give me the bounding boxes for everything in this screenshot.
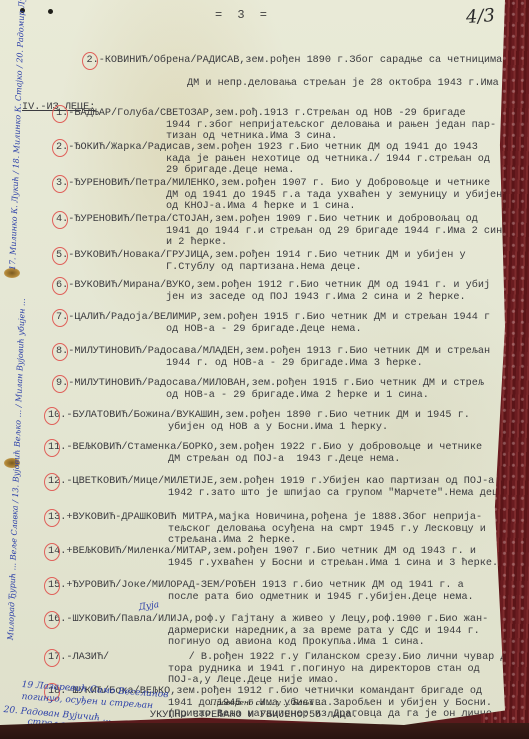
list-item: 11.-ВЕЉКОВИЋ/Стаменка/БОРКО,зем.рођен 19… xyxy=(48,442,482,465)
list-item: 17.-ЛАЗИЋ/ / В.рођен 1922 г.у Гиланском … xyxy=(48,652,529,687)
list-item: 10.-БУЛАТОВИЋ/Божина/ВУКАШИН,зем.рођен 1… xyxy=(48,410,470,433)
entry-line: .-ЂУРЕНОВИЋ/Петра/СТОЈАН,зем.рођен 1909 … xyxy=(62,214,478,225)
entry-line: .+ВУКОВИЋ-ДРАШКОВИЋ МИТРА,мајка Новичина… xyxy=(60,512,482,523)
entry-line: .-КОВИНИЋ/Обрена/РАДИСАВ,зем.рођен 1890 … xyxy=(93,55,503,66)
entry-number: 2 xyxy=(86,55,92,67)
entry-number: 9 xyxy=(56,378,62,390)
list-item: 6.-ВУКОВИЋ/Мирана/ВУКО,зем.рођен 1912 г.… xyxy=(56,280,490,303)
entry-line: .-ЂУРЕНОВИЋ/Петра/МИЛЕНКО,зем.рођен 1907… xyxy=(62,178,490,189)
page-marker: = 3 = xyxy=(215,8,271,22)
entry-line: тељског деловања осуђена на смрт 1945 г.… xyxy=(48,524,486,536)
total-line: УКУПНО СТРЕЉАНО И УБИЈЕНО:55 лица. xyxy=(150,710,358,721)
entry-line: .-БАДЊАР/Голуба/СВЕТОЗАР,зем.рођ.1913 г.… xyxy=(62,108,466,119)
entry-number: 16 xyxy=(48,614,60,626)
entry-line: погинуо од авиона код Прокупља.Има 1 син… xyxy=(48,637,488,649)
entry-number: 2 xyxy=(56,142,62,154)
entry-number: 6 xyxy=(56,280,62,292)
margin-annotation-top: 17. Милинко К. Лукић / 18. Милинко К. Ст… xyxy=(8,0,32,270)
entry-number: 15 xyxy=(48,580,60,592)
entry-line: 1944 г.због непријатељског деловања и ра… xyxy=(56,120,496,132)
entry-line: убијен од НОВ а у Босни.Има 1 ћерку. xyxy=(48,422,470,434)
entry-17-note: Дуја xyxy=(138,600,160,613)
entry-line: 1944 г. од НОВ-а - 29 бригаде.Има 3 ћерк… xyxy=(56,358,490,370)
entry-line: ДМ и непр.деловања стрељан је 28 октобра… xyxy=(62,78,529,90)
entry-line: .-ВУКОВИЋ/Новака/ГРУЈИЦА,зем.рођен 1914 … xyxy=(62,250,466,261)
entry-18-note: Проверено са ... у ... Бањи ... xyxy=(210,698,324,707)
list-item: 1.-БАДЊАР/Голуба/СВЕТОЗАР,зем.рођ.1913 г… xyxy=(56,108,496,143)
entry-line: .-ВУКОВИЋ/Мирана/ВУКО,зем.рођен 1912 г.Б… xyxy=(62,280,490,291)
pre-section-entry: 2.-КОВИНИЋ/Обрена/РАДИСАВ,зем.рођен 1890… xyxy=(62,43,529,113)
entry-line: ДМ од 1941 до 1945 г.а тада ухваћен у зе… xyxy=(56,190,502,202)
list-item: 14.+ВЕЉКОВИЋ/Миленка/МИТАР,зем.рођен 190… xyxy=(48,546,498,569)
entry-number: 7 xyxy=(56,312,62,324)
entry-number: 13 xyxy=(48,512,60,524)
entry-line: од НОВ-а - 29 бригаде.Деце нема. xyxy=(56,324,490,336)
entry-line: 29 бригаде.Деце нема. xyxy=(56,165,490,177)
entry-line: 1941 до 1944 г.и стрељан од 29 бригаде 1… xyxy=(56,226,508,238)
entry-number: 12 xyxy=(48,476,60,488)
entry-line: Г.Стублу од партизана.Нема деце. xyxy=(56,262,466,274)
entry-line: .-ЛАЗИЋ/ / В.рођен 1922 г.у Гиланском ср… xyxy=(60,652,529,663)
entry-line: од КНОЈ-а.Има 4 ћерке и 1 сина. xyxy=(56,201,502,213)
entry-number: 8 xyxy=(56,346,62,358)
list-item: 15.+ЂУРОВИЋ/Јоке/МИЛОРАД-ЗЕМ/РОЂЕН 1913 … xyxy=(48,580,474,603)
list-item: 5.-ВУКОВИЋ/Новака/ГРУЈИЦА,зем.рођен 1914… xyxy=(56,250,466,273)
list-item: 4.-ЂУРЕНОВИЋ/Петра/СТОЈАН,зем.рођен 1909… xyxy=(56,214,508,249)
entry-line: .-ВЕЉКОВИЋ/Стаменка/БОРКО,зем.рођен 1922… xyxy=(60,442,482,453)
list-item: 8.-МИЛУТИНОВИЋ/Радосава/МЛАДЕН,зем.рођен… xyxy=(56,346,490,369)
list-item: 2.-ЂОКИЋ/Жарка/Радисав,зем.рођен 1923 г.… xyxy=(56,142,490,177)
entry-number: 3 xyxy=(56,178,62,190)
entry-number: 14 xyxy=(48,546,60,558)
list-item: 16.-ШУКОВИЋ/Павла/ИЛИЈА,роф.у Гајтану а … xyxy=(48,614,488,649)
entry-line: .-ШУКОВИЋ/Павла/ИЛИЈА,роф.у Гајтану а жи… xyxy=(60,614,488,625)
entry-line: после рата био одметник и 1945 г.убијен.… xyxy=(48,592,474,604)
entry-line: и 2 ћерке. xyxy=(56,237,508,249)
entry-number: 5 xyxy=(56,250,62,262)
entry-number: 1 xyxy=(56,108,62,120)
entry-number: 4 xyxy=(56,214,62,226)
entry-line: од НОВ-а - 29 бригаде.Има 2 ћерке и 1 си… xyxy=(56,390,484,402)
entry-line: 1945 г.ухваћен у Босни и стрељан.Има 1 с… xyxy=(48,558,498,570)
entry-number: 11 xyxy=(48,442,60,454)
list-item: 13.+ВУКОВИЋ-ДРАШКОВИЋ МИТРА,мајка Новичи… xyxy=(48,512,486,547)
list-item: 9.-МИЛУТИНОВИЋ/Радосава/МИЛОВАН,зем.рође… xyxy=(56,378,484,401)
entry-line: .-БУЛАТОВИЋ/Божина/ВУКАШИН,зем.рођен 189… xyxy=(60,410,470,421)
list-item: 7.-ЦАЛИЋ/Радоја/ВЕЛИМИР,зем.рођен 1915 г… xyxy=(56,312,490,335)
entry-line: јен из заседе од ПОЈ 1943 г.Има 2 сина и… xyxy=(56,292,490,304)
entry-line: дармериски наредник,а за време рата у СД… xyxy=(48,626,488,638)
entry-line: тора рудника и 1941 г.погинуо на директо… xyxy=(48,664,529,676)
entry-line: .-ЦВЕТКОВИЋ/Мице/МИЛЕТИЈЕ,зем.рођен 1919… xyxy=(60,476,494,487)
page-shadow xyxy=(0,723,529,739)
entry-line: .+ЂУРОВИЋ/Јоке/МИЛОРАД-ЗЕМ/РОЂЕН 1913 г.… xyxy=(60,580,464,591)
entry-line: .-МИЛУТИНОВИЋ/Радосава/МИЛОВАН,зем.рођен… xyxy=(62,378,484,389)
list-item: 3.-ЂУРЕНОВИЋ/Петра/МИЛЕНКО,зем.рођен 190… xyxy=(56,178,502,213)
list-item: 12.-ЦВЕТКОВИЋ/Мице/МИЛЕТИЈЕ,зем.рођен 19… xyxy=(48,476,504,499)
entry-line: .-ЂОКИЋ/Жарка/Радисав,зем.рођен 1923 г.Б… xyxy=(62,142,478,153)
margin-annotation-middle: Милорад Ђурић ... Веље Славка / 13. Вујо… xyxy=(6,298,27,640)
punch-hole xyxy=(48,9,53,14)
entry-line: када је рањен нехотице од четника./ 1944… xyxy=(56,154,490,166)
document-page: = 3 = 4/3 2.-КОВИНИЋ/Обрена/РАДИСАВ,зем.… xyxy=(0,0,505,725)
entry-line: .+ВЕЉКОВИЋ/Миленка/МИТАР,зем.рођен 1907 … xyxy=(60,546,476,557)
entry-number: 10 xyxy=(48,410,60,422)
entry-line: .-ЦАЛИЋ/Радоја/ВЕЛИМИР,зем.рођен 1915 г.… xyxy=(62,312,490,323)
folio-number: 4/3 xyxy=(465,5,495,28)
entry-number: 17 xyxy=(48,652,60,664)
entry-line: 1942 г.зато што је шпијао са групом "Мар… xyxy=(48,488,504,500)
entry-line: ДМ стрељан од ПОЈ-а 1943 г.Деце нема. xyxy=(48,454,482,466)
entry-line: .-МИЛУТИНОВИЋ/Радосава/МЛАДЕН,зем.рођен … xyxy=(62,346,490,357)
